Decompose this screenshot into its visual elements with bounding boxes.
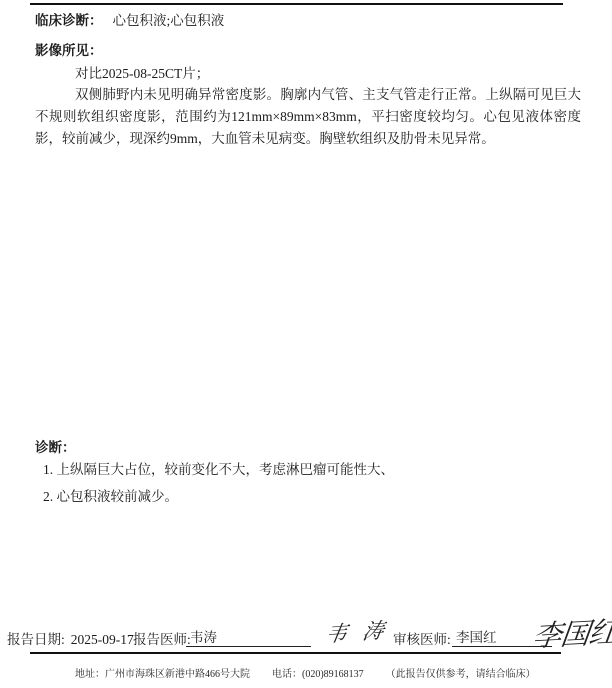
diagnosis-item: 2. 心包积液较前减少。 xyxy=(43,485,178,505)
medical-report-page: { "report": { "clinical": { "label": "临床… xyxy=(0,0,612,688)
reporter-handwritten-signature: 韦涛 xyxy=(323,613,402,649)
address-segment: 地址：广州市海珠区新港中路466号大院 xyxy=(75,669,250,680)
findings-compare-line: 对比2025-08-25CT片； xyxy=(75,62,209,82)
bottom-rule xyxy=(30,652,561,654)
reviewer-handwritten-signature: 李国红 xyxy=(531,610,612,656)
diagnosis-section-label: 诊断： xyxy=(35,436,76,456)
clinical-diagnosis-row: 临床诊断：心包积液;心包积液 xyxy=(35,9,224,29)
phone-value: (020)89168137 xyxy=(302,669,364,680)
reporter-label: 报告医师: xyxy=(133,628,191,648)
top-rule xyxy=(30,3,563,5)
report-date-value: 2025-09-17 xyxy=(71,632,134,647)
phone-segment: 电话：(020)89168137 xyxy=(272,669,364,680)
findings-section-label: 影像所见： xyxy=(35,39,103,59)
reviewer-name: 李国红 xyxy=(456,630,497,645)
reviewer-label: 审核医师: xyxy=(393,628,451,648)
disclaimer: （此报告仅供参考，请结合临床） xyxy=(386,669,536,680)
footer-note: 地址：广州市海珠区新港中路466号大院电话：(020)89168137（此报告仅… xyxy=(75,665,605,680)
reporter-name-field: 韦涛 xyxy=(186,626,311,647)
phone-label: 电话： xyxy=(272,669,302,680)
address-value: 广州市海珠区新港中路466号大院 xyxy=(105,669,250,680)
clinical-diagnosis-value: 心包积液;心包积液 xyxy=(113,13,225,28)
reporter-name: 韦涛 xyxy=(190,630,217,645)
findings-paragraph: 双侧肺野内未见明确异常密度影。胸廓内气管、主支气管走行正常。上纵隔可见巨大不规则… xyxy=(35,84,581,150)
report-date-group: 报告日期:2025-09-17 xyxy=(7,628,134,648)
clinical-diagnosis-label: 临床诊断： xyxy=(35,13,103,28)
diagnosis-item: 1. 上纵隔巨大占位，较前变化不大，考虑淋巴瘤可能性大、 xyxy=(43,458,394,478)
address-label: 地址： xyxy=(75,669,105,680)
report-date-label: 报告日期: xyxy=(7,632,65,647)
